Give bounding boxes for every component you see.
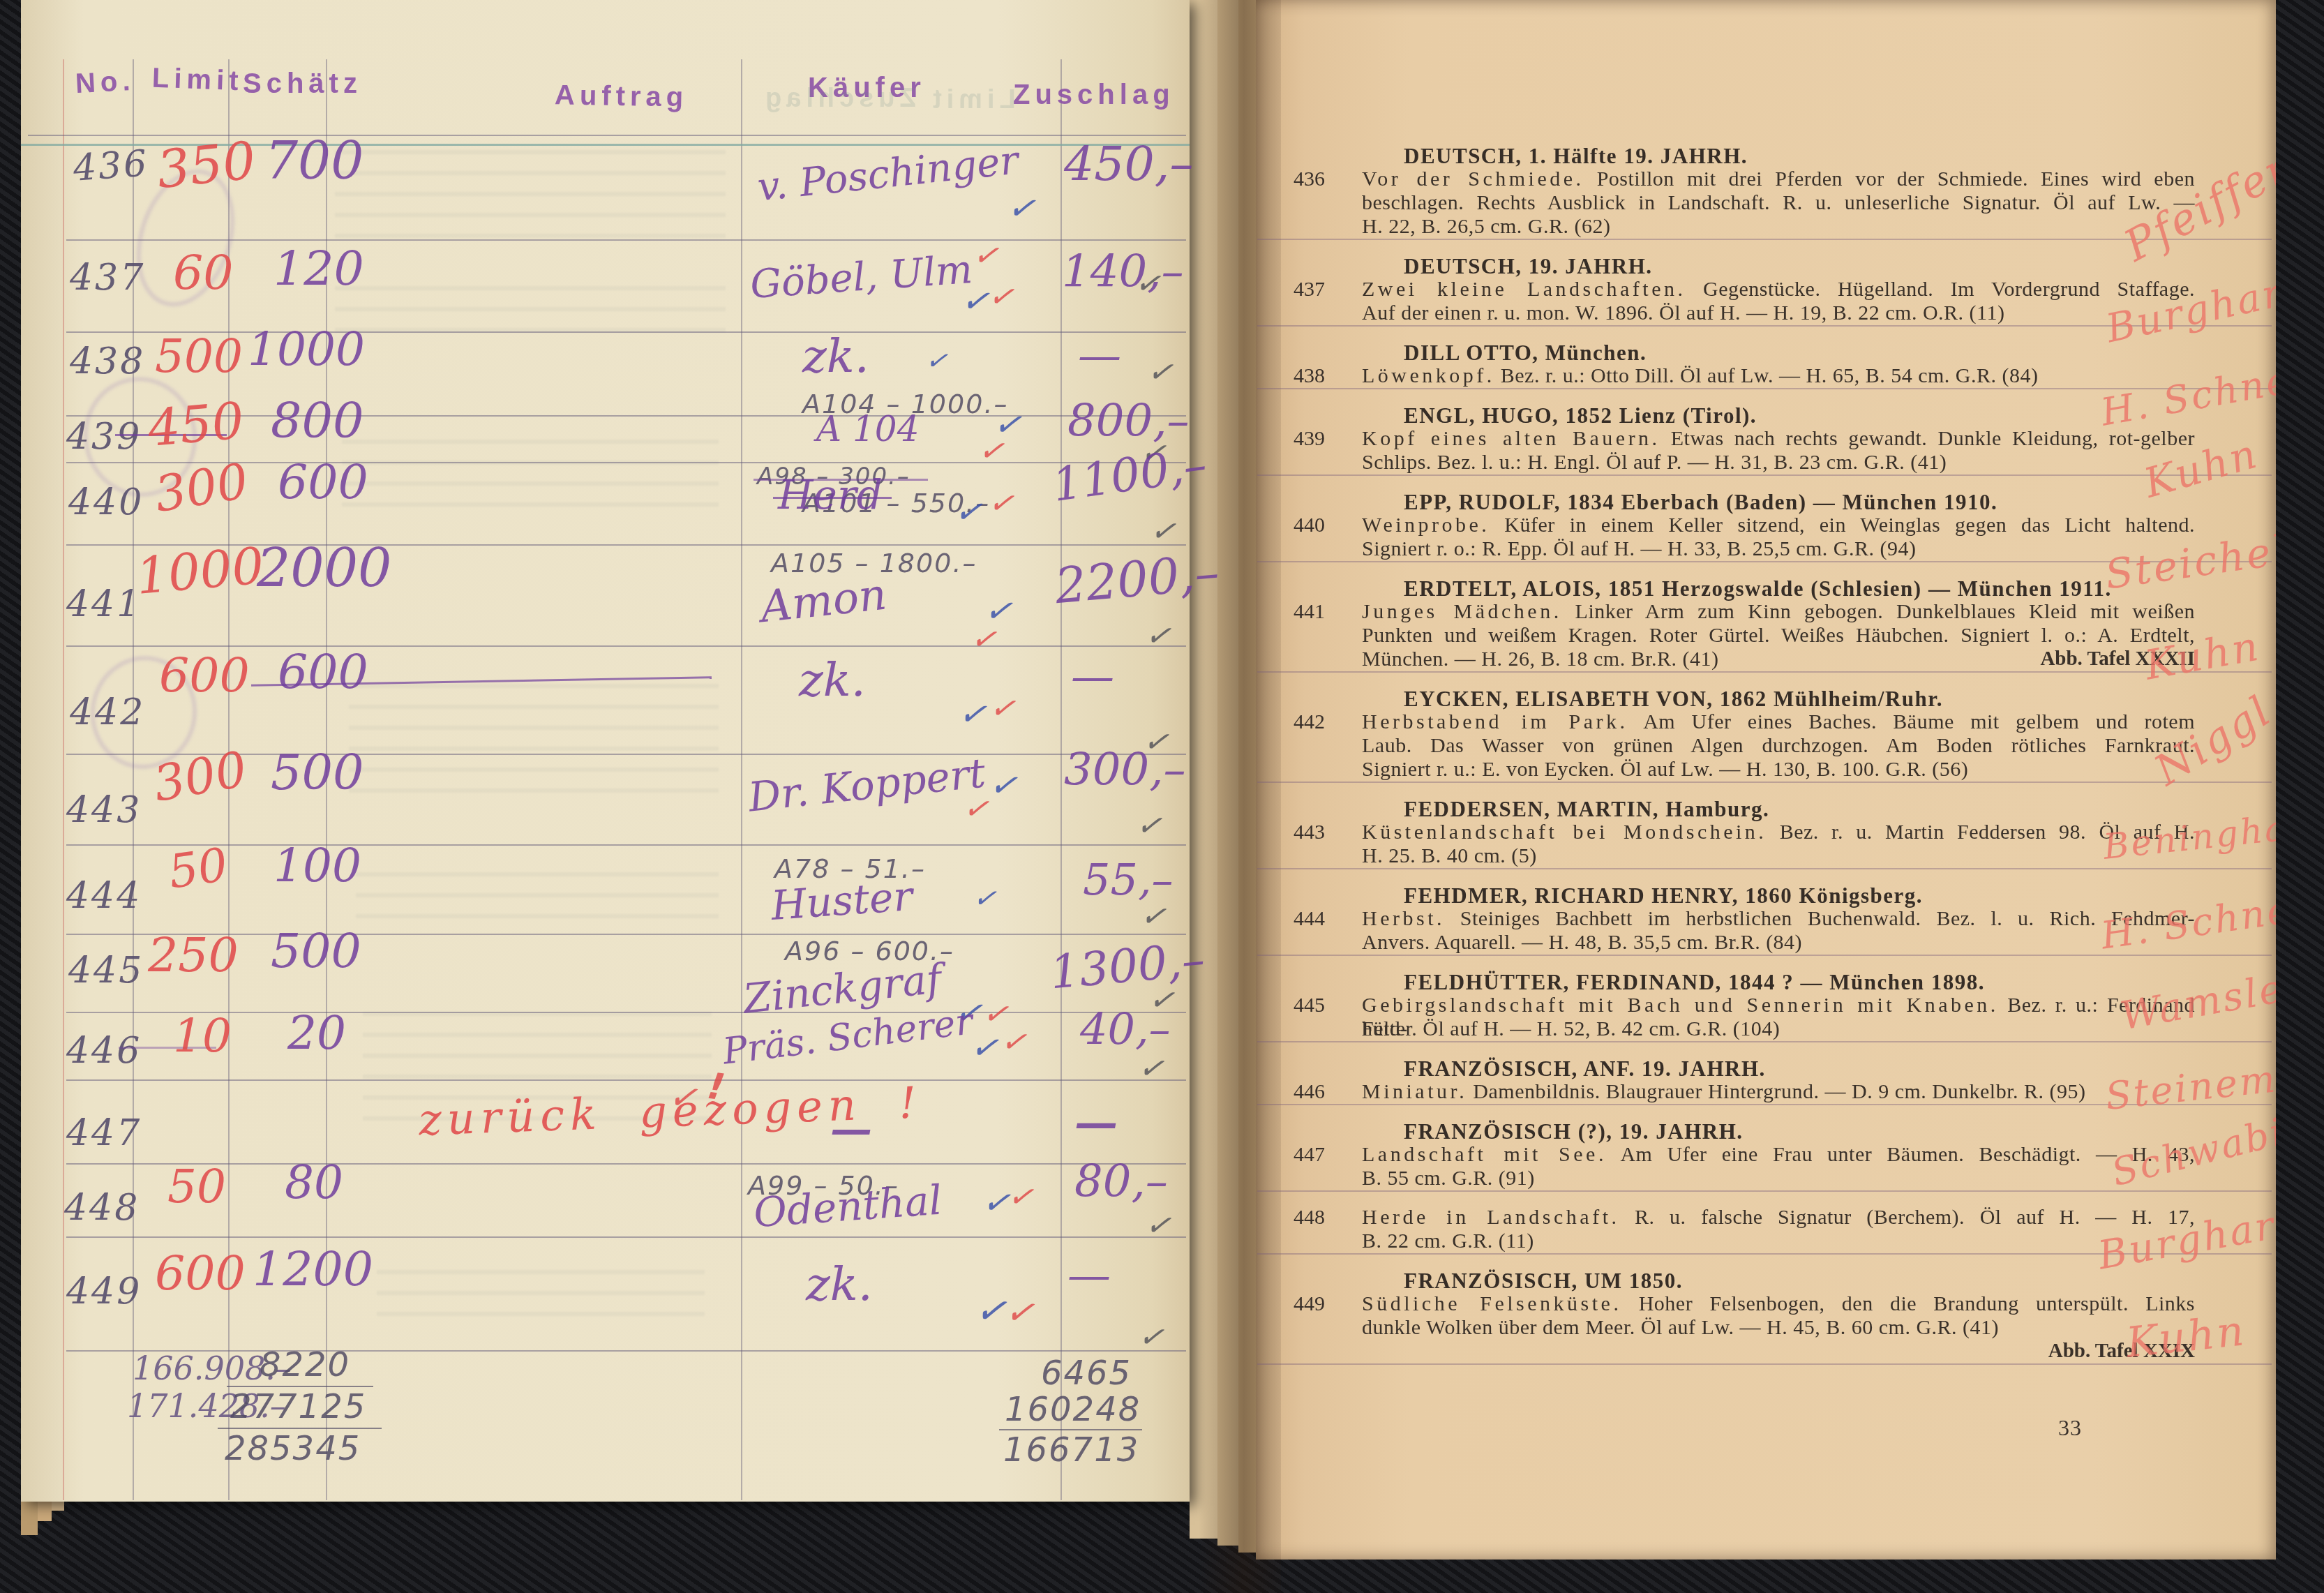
zuschlag-cell: 1300,–	[1049, 936, 1207, 996]
entry-line: Herbst. Steiniges Bachbett im herbstlich…	[1362, 907, 2195, 931]
page-number: 33	[2058, 1415, 2082, 1441]
total-zuschlag-sum: 166713	[1003, 1433, 1139, 1467]
lot-no-cell: 443	[66, 792, 142, 828]
lot-number: 448	[1294, 1206, 1355, 1229]
schaetz-cell: 20	[287, 1010, 346, 1056]
artist-header: EPP, RUDOLF, 1834 Eberbach (Baden) — Mün…	[1404, 490, 1997, 515]
entry-line: Auf der einen r. u. mon. W. 1896. Öl auf…	[1362, 301, 2195, 325]
limit-cell: 500	[155, 334, 243, 380]
entry-line: Küstenlandschaft bei Mondschein. Bez. r.…	[1362, 821, 2195, 844]
work-title: Miniatur.	[1362, 1080, 1467, 1103]
limit-cell: 350	[155, 135, 258, 196]
entry-line: Laub. Das Wasser von grünen Algen durchz…	[1362, 734, 2195, 758]
ledger-row-line	[66, 239, 1186, 241]
entry-line: Löwenkopf. Bez. r. u.: Otto Dill. Öl auf…	[1362, 364, 2195, 388]
limit-cell: 250	[148, 932, 239, 980]
limit-cell: 50	[166, 842, 230, 895]
entry-divider	[1257, 1363, 2272, 1365]
bleed-through-ghost	[356, 865, 719, 935]
schaetz-cell: 1200	[253, 1246, 373, 1294]
ledger-row-line	[66, 1236, 1186, 1238]
lot-number: 440	[1294, 514, 1355, 537]
entry-text: Postillon mit drei Pferden vor der Schmi…	[1597, 167, 2195, 190]
artist-header: ERDTELT, ALOIS, 1851 Herzogswalde (Schle…	[1404, 576, 2112, 601]
work-title: Gebirgslandschaft mit Bach und Sennerin …	[1362, 994, 1999, 1017]
work-title: Vor der Schmiede.	[1362, 167, 1584, 190]
entry-line: Signiert r. o.: R. Epp. Öl auf H. — H. 3…	[1362, 537, 2195, 561]
lot-no-cell: 441	[66, 586, 142, 622]
zuschlag-cell: 40,–	[1080, 1008, 1171, 1051]
entry-divider	[1257, 781, 2272, 783]
entry-line: B. 55 cm. G.R. (91)	[1362, 1167, 2195, 1190]
ledger-margin-line	[63, 59, 64, 1500]
entry-text: R. u. falsche Signatur (Berchem). Öl auf…	[1635, 1206, 2195, 1229]
total-schaetz-1: 8220	[260, 1348, 350, 1382]
entry-text: Damenbildnis. Blaugrauer Hintergrund. — …	[1473, 1080, 2085, 1103]
schaetz-cell: 600	[278, 649, 368, 696]
zuschlag-cell: —	[1067, 1253, 1111, 1296]
kaeufer-cell: zk.	[799, 657, 866, 703]
lot-number: 446	[1294, 1080, 1355, 1104]
limit-cell: 450	[146, 395, 246, 454]
kaeufer-cell: zk.	[806, 1262, 873, 1308]
bleed-through-ghost	[377, 1270, 705, 1333]
entry-line: dunkle Wolken über dem Meer. Öl auf Lw. …	[1362, 1316, 2195, 1340]
work-title: Kopf eines alten Bauern.	[1362, 427, 1660, 450]
artist-header: FEDDERSEN, MARTIN, Hamburg.	[1404, 797, 1769, 822]
entry-line: Zwei kleine Landschaften. Gegenstücke. H…	[1362, 278, 2195, 301]
limit-cell: 60	[173, 250, 234, 297]
entry-line: Kopf eines alten Bauern. Etwas nach rech…	[1362, 427, 2195, 451]
entry-divider	[1257, 474, 2272, 476]
schaetz-cell: 120	[273, 246, 364, 293]
schaetz-cell: 500	[271, 748, 364, 797]
entry-line: Signiert r. u.: E. von Eycken. Öl auf Lw…	[1362, 758, 2195, 781]
artist-header: DILL OTTO, München.	[1404, 341, 1647, 366]
work-title: Landschaft mit See.	[1362, 1143, 1607, 1166]
artist-header: FEHDMER, RICHARD HENRY, 1860 Königsberg.	[1404, 883, 1923, 908]
limit-cell: 300	[151, 456, 251, 519]
header-schaetz: Schätz	[243, 68, 362, 100]
lot-number: 441	[1294, 600, 1355, 624]
entry-line: beschlagen. Rechts Ausblick in Landschaf…	[1362, 191, 2195, 215]
header-auftrag: Auftrag	[555, 80, 689, 113]
schaetz-cell: 800	[271, 396, 364, 445]
artist-header: DEUTSCH, 1. Hälfte 19. JAHRH.	[1404, 144, 1748, 169]
lot-no-cell: 449	[66, 1273, 142, 1310]
entry-text: Linker Arm zum Kinn gebogen. Dunkelblaue…	[1575, 600, 2195, 623]
entry-line: Vor der Schmiede. Postillon mit drei Pfe…	[1362, 167, 2195, 191]
total-zuschlag-1: 6465	[1041, 1356, 1132, 1390]
scha etz-cell: 600	[278, 459, 368, 507]
entry-text: Steiniges Bachbett im herbstlichen Buche…	[1460, 907, 2195, 930]
bleed-through-ghost	[335, 272, 726, 349]
lot-no-cell: 446	[66, 1033, 142, 1069]
artist-header: ENGL, HUGO, 1852 Lienz (Tirol).	[1404, 403, 1757, 428]
kaeufer-cell: Odenthal	[752, 1180, 943, 1234]
lot-no-cell: 448	[64, 1190, 140, 1226]
kaeufer-cell: Amon	[758, 573, 888, 629]
artist-header: EYCKEN, ELISABETH VON, 1862 Mühlheim/Ruh…	[1404, 687, 1943, 712]
lot-number: 444	[1294, 907, 1355, 931]
zuschlag-cell: 80,–	[1074, 1160, 1168, 1204]
zuschlag-cell: —	[1078, 334, 1121, 377]
strikethrough-mark	[773, 497, 892, 499]
schaetz-cell: 1000	[248, 327, 365, 373]
lot-number: 436	[1294, 167, 1355, 191]
kaeufer-cell: Herd	[778, 474, 883, 515]
work-title: Herde in Landschaft.	[1362, 1206, 1619, 1229]
limit-cell: 50	[167, 1164, 226, 1210]
work-title: Junges Mädchen.	[1362, 600, 1562, 623]
entry-divider	[1257, 239, 2272, 240]
artist-header: FRANZÖSISCH (?), 19. JAHRH.	[1404, 1119, 1744, 1144]
schaetz-cell: 100	[273, 843, 361, 889]
entry-divider	[1257, 671, 2272, 673]
kaeufer-cell: —	[830, 1108, 872, 1150]
schaetz-cell: 80	[285, 1160, 343, 1206]
entry-line: H. 25. B. 40 cm. (5)	[1362, 844, 2195, 868]
lot-number: 437	[1294, 278, 1355, 301]
entry-line: B. 22 cm. G.R. (11)	[1362, 1229, 2195, 1253]
bleed-through-ghost	[342, 440, 719, 523]
lot-number: 447	[1294, 1143, 1355, 1167]
entry-text: Gegenstücke. Hügelland. Im Vordergrund S…	[1703, 278, 2195, 301]
entry-divider	[1257, 1041, 2272, 1042]
work-title: Südliche Felsenküste.	[1362, 1292, 1621, 1315]
zuschlag-cell: 450,–	[1064, 141, 1193, 188]
artist-header: FRANZÖSISCH, ANF. 19. JAHRH.	[1404, 1056, 1766, 1082]
schaetz-cell: 2000	[257, 541, 391, 594]
entry-line: Schlips. Bez. l. u.: H. Engl. Öl auf P. …	[1362, 451, 2195, 474]
entry-line: Junges Mädchen. Linker Arm zum Kinn gebo…	[1362, 600, 2195, 624]
zuschlag-cell: 2200,–	[1053, 548, 1221, 611]
ledger-row-line	[66, 645, 1186, 647]
zuschlag-cell: 55,–	[1083, 858, 1174, 902]
work-title: Zwei kleine Landschaften.	[1362, 278, 1686, 301]
artist-header: FELDHÜTTER, FERDINAND, 1844 ? — München …	[1404, 970, 1985, 995]
header-zuschlag: Zuschlag	[1013, 80, 1175, 111]
limit-cell: 600	[155, 1250, 246, 1298]
kaeufer-cell: Huster	[770, 876, 914, 926]
book-cover-right-edge	[2276, 0, 2324, 1593]
limit-cell: 300	[150, 745, 250, 809]
entry-line: Landschaft mit See. Am Ufer eine Frau un…	[1362, 1143, 2195, 1167]
lot-no-cell: 436	[72, 145, 150, 186]
entry-line: hütter. Öl auf H. — H. 52, B. 42 cm. G.R…	[1362, 1017, 2195, 1041]
scanned-auction-ledger-spread: No. Limit Schätz Auftrag Käufer Zuschlag…	[0, 0, 2324, 1593]
zuschlag-cell: 140,–	[1062, 250, 1184, 294]
zuschlag-cell: 300,–	[1064, 748, 1186, 793]
zuschlag-cell: —	[1071, 655, 1114, 698]
lot-no-cell: 438	[70, 343, 145, 380]
book-cover-left-edge	[0, 0, 21, 1593]
ledger-row-line	[66, 1163, 1186, 1165]
schaetz-cell: 700	[265, 135, 363, 187]
lot-no-cell: 437	[70, 260, 145, 296]
bleed-stamp-ghost: Zuschlag	[760, 84, 916, 114]
kaeufer-cell: A 104	[816, 412, 919, 447]
total-schaetz-2: 277125	[230, 1390, 366, 1423]
work-title: Löwenkopf.	[1362, 364, 1495, 387]
artist-header: FRANZÖSISCH, UM 1850.	[1404, 1269, 1683, 1294]
lot-no-cell: 439	[66, 419, 142, 455]
work-title: Weinprobe.	[1362, 514, 1490, 537]
ledger-row-line	[66, 844, 1186, 846]
bleed-through-ghost	[349, 684, 719, 809]
entry-divider	[1257, 868, 2272, 869]
limit-cell: 600	[159, 652, 250, 700]
zuschlag-cell: —	[1074, 1101, 1118, 1144]
total-schaetz-sum: 285345	[225, 1432, 361, 1465]
entry-line: Herde in Landschaft. R. u. falsche Signa…	[1362, 1206, 2195, 1229]
lot-number: 439	[1294, 427, 1355, 451]
lot-no-cell: 447	[66, 1115, 142, 1151]
entry-line: Anvers. Aquarell. — H. 48, B. 35,5 cm. B…	[1362, 931, 2195, 955]
entry-text: Hoher Felsenbogen, den die Brandung unte…	[1639, 1292, 2195, 1315]
total-zuschlag-2: 160248	[1005, 1393, 1141, 1426]
entry-line: H. 22, B. 26,5 cm. G.R. (62)	[1362, 215, 2195, 239]
lot-no-cell: 444	[66, 878, 142, 914]
lot-no-cell: 445	[68, 952, 144, 989]
work-title: Herbstabend im Park.	[1362, 710, 1628, 733]
schaetz-cell: 500	[271, 928, 361, 975]
work-title: Herbst.	[1362, 907, 1445, 930]
limit-cell: 10	[173, 1013, 232, 1059]
ledger-row-line	[66, 1079, 1186, 1081]
lot-no-cell: 440	[68, 484, 144, 521]
work-title: Küstenlandschaft bei Mondschein.	[1362, 821, 1767, 844]
entry-text: Küfer in einem Keller sitzend, ein Weing…	[1504, 514, 2195, 537]
limit-cell: 1000	[134, 540, 266, 601]
header-limit: Limit	[151, 63, 243, 98]
kaeufer-cell: zk.	[802, 334, 869, 380]
entry-line: Punkten und weißem Kragen. Roter Gürtel.…	[1362, 624, 2195, 648]
lot-number: 442	[1294, 710, 1355, 734]
entry-line: Herbstabend im Park. Am Ufer eines Bache…	[1362, 710, 2195, 734]
lot-number: 443	[1294, 821, 1355, 844]
entry-text: Am Ufer eines Baches. Bäume mit gelbem u…	[1643, 710, 2195, 733]
lot-no-cell: 442	[70, 694, 145, 731]
header-no: No.	[75, 66, 136, 100]
bleed-stamp-ghost: Limit	[928, 85, 1016, 115]
artist-header: DEUTSCH, 19. JAHRH.	[1404, 254, 1653, 279]
entry-line: Südliche Felsenküste. Hoher Felsenbogen,…	[1362, 1292, 2195, 1316]
entry-line: Miniatur. Damenbildnis. Blaugrauer Hinte…	[1362, 1080, 2195, 1104]
ledger-column-line	[741, 59, 742, 1500]
lot-number: 438	[1294, 364, 1355, 388]
plate-reference: Abb. Tafel XXIX	[1362, 1340, 2195, 1363]
entry-line: Weinprobe. Küfer in einem Keller sitzend…	[1362, 514, 2195, 537]
ledger-row-line	[66, 1012, 1186, 1013]
lot-number: 445	[1294, 994, 1355, 1017]
entry-text: Bez. r. u.: Otto Dill. Öl auf Lw. — H. 6…	[1501, 364, 2039, 387]
plate-reference: Abb. Tafel XXXII	[1362, 648, 2195, 671]
lot-number: 449	[1294, 1292, 1355, 1316]
